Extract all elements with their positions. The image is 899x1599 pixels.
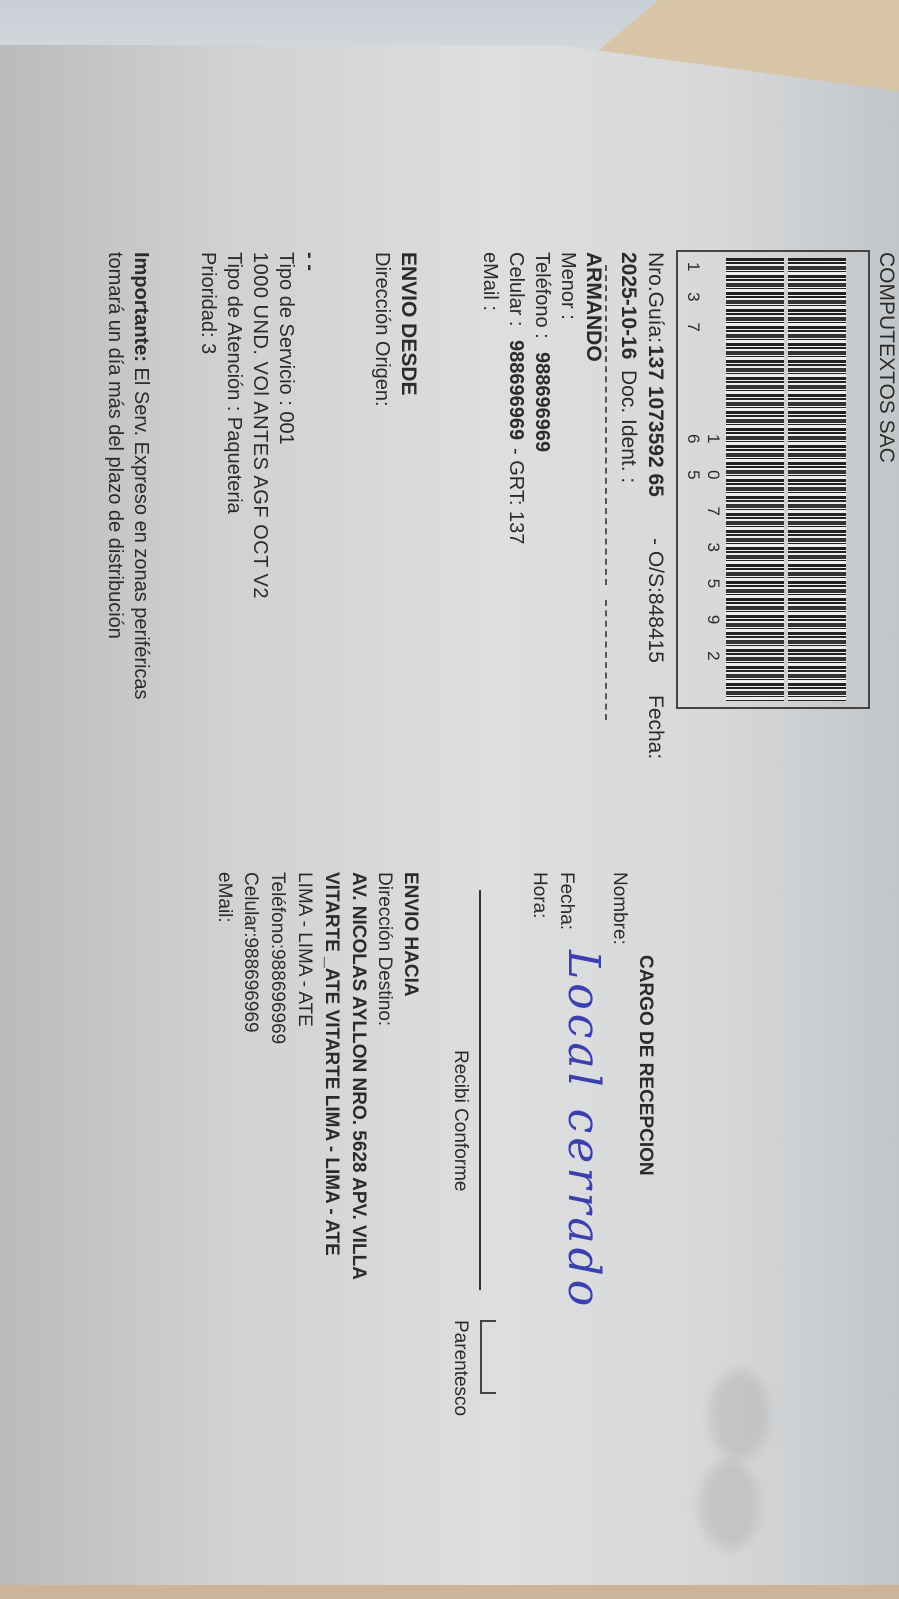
importante-text: El Serv. Expreso en zonas periféricas (130, 362, 152, 700)
cargo-recepcion-title: CARGO DE RECEPCION (634, 955, 656, 1176)
envio-desde-title: ENVIO DESDE (397, 252, 419, 396)
importante-label: Importante: (130, 252, 152, 362)
menor-label: Menor : (557, 252, 579, 320)
email-label: eMail : (479, 252, 501, 311)
prioridad: Prioridad: 3 (197, 252, 219, 354)
finger-shadow (709, 1370, 769, 1460)
fecha-label-top: Fecha: (644, 695, 666, 759)
importante-notice-line2: tomará un día más del plazo de distribuc… (104, 252, 126, 639)
address-line-2: VITARTE _ATE VITARTE LIMA - LIMA - ATE (320, 872, 342, 1256)
direccion-origen-label: Dirección Origen: (371, 252, 393, 407)
signature-line (479, 890, 481, 1290)
recibi-conforme-label: Recibi Conforme (449, 1050, 471, 1192)
nombre-label: Nombre: (608, 872, 630, 945)
nro-guia-value: 137 1073592 65 (644, 345, 666, 497)
celular-label: Celular : (505, 252, 527, 326)
doc-ident-label: Doc. Ident. : (617, 370, 639, 483)
dash-marker: - - (299, 252, 321, 271)
parentesco-label: Parentesco (449, 1320, 471, 1416)
fecha-label: Fecha: (555, 872, 577, 930)
order-number: - O/S:848415 (644, 538, 666, 663)
shipping-document: 6106 COMPUTEXTOS SAC 1 3 7 1 0 7 3 5 9 2… (0, 0, 899, 1599)
address-line-3: LIMA - LIMA - ATE (293, 872, 315, 1027)
barcode-digits-right: 1 0 7 3 5 9 2 6 5 (683, 434, 723, 707)
destino-email-label: eMail: (213, 872, 235, 923)
direccion-destino-label: Dirección Destino: (373, 872, 395, 1026)
sender-name: ARMANDO (582, 252, 604, 362)
barcode-top (788, 258, 846, 701)
handwritten-note: Local cerrado (558, 950, 609, 1310)
tipo-atencion: Tipo de Atención : Paqueteria (223, 252, 245, 514)
guide-date: 2025-10-16 (617, 252, 639, 359)
tipo-servicio: Tipo de Servicio : 001 (275, 252, 297, 445)
celular-value: 988696969 (505, 340, 527, 440)
importante-notice-line1: Importante: El Serv. Expreso en zonas pe… (130, 252, 152, 700)
finger-shadow-2 (699, 1460, 759, 1550)
dashed-separator-2 (605, 600, 607, 720)
envio-hacia-title: ENVIO HACIA (399, 872, 421, 997)
address-line-1: AV. NICOLAS AYLLON NRO. 5628 APV. VILLA (347, 872, 369, 1280)
barcode-bottom (726, 258, 784, 701)
parentesco-box[interactable] (480, 1320, 496, 1394)
hora-label: Hora: (528, 872, 550, 918)
nro-guia-label: Nro.Guía: (644, 252, 666, 343)
barcode-box: COMPUTEXTOS SAC 1 3 7 1 0 7 3 5 9 2 6 5 (676, 250, 870, 709)
telefono-value: 988696969 (531, 352, 553, 452)
destino-telefono: Teléfono:988696969 (266, 872, 288, 1044)
dashed-separator (605, 265, 607, 585)
company-name: COMPUTEXTOS SAC (874, 252, 898, 463)
grt-value: - GRT: 137 (505, 448, 527, 544)
telefono-label: Teléfono : (531, 252, 553, 339)
service-description: 1000 UND. VOl ANTES AGF OCT V2 (249, 252, 271, 599)
barcode-digits-left: 1 3 7 (683, 262, 703, 340)
destino-celular: Celular:988696969 (239, 872, 261, 1033)
